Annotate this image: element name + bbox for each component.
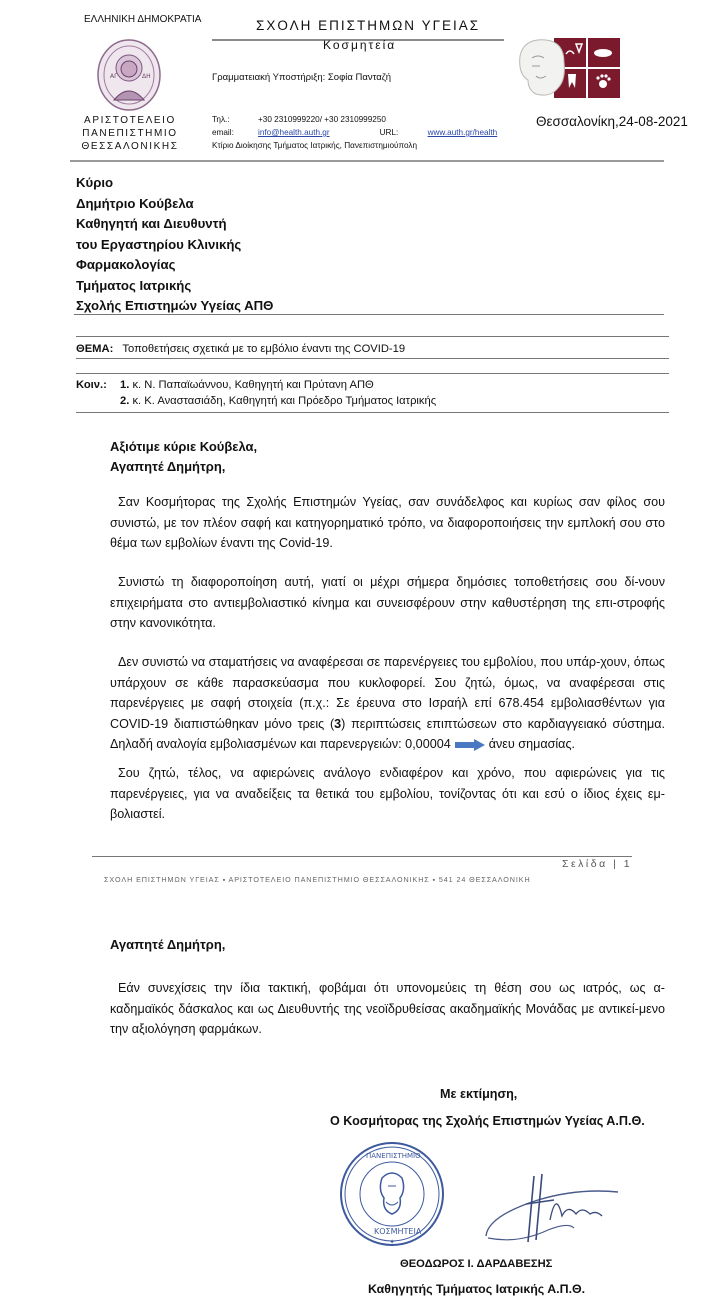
address: Κτίριο Διοίκησης Τμήματος Ιατρικής, Πανε… [212,139,417,152]
sign-off: Με εκτίμηση, [440,1087,517,1101]
subject-text: Τοποθετήσεις σχετικά με το εμβόλιο έναντ… [122,343,405,355]
university-crest-icon: ΑΓ ΔΗ [96,38,162,112]
handwritten-signature-icon [478,1170,628,1250]
header-deanery: Κοσμητεία [323,38,396,52]
subject-label: ΘΕΜΑ: [76,343,113,355]
subject-line: ΘΕΜΑ: Τοποθετήσεις σχετικά με το εμβόλιο… [76,343,405,355]
university-line-3: ΘΕΣΣΑΛΟΝΙΚΗΣ [75,140,185,153]
subject-top-rule [76,336,669,337]
header-contact: Τηλ.: +30 2310999220/ +30 2310999250 ema… [212,113,497,152]
cc-item-number: 2. [120,395,129,407]
recipient-line: Φαρμακολογίας [76,255,273,276]
url-link[interactable]: www.auth.gr/health [428,126,498,139]
cc-block: Κοιν.: 1. κ. Ν. Παπαϊωάννου, Καθηγητή κα… [76,377,436,409]
salutation: Αξιότιμε κύριε Κούβελα, Αγαπητέ Δημήτρη, [110,437,257,477]
page-number: Σελίδα | 1 [562,858,632,870]
recipient-line: Καθηγητή και Διευθυντή [76,214,273,235]
place-date: Θεσσαλονίκη,24-08-2021 [536,114,688,129]
body-paragraph-5: Εάν συνεχίσεις την ίδια τακτική, φοβάμαι… [110,978,665,1040]
recipient-divider [74,314,664,315]
salutation-line: Αξιότιμε κύριε Κούβελα, [110,437,257,457]
recipient-line: του Εργαστηρίου Κλινικής [76,235,273,256]
signer-title: Καθηγητής Τμήματος Ιατρικής Α.Π.Θ. [368,1282,585,1296]
recipient-block: Κύριο Δημήτριο Κούβελα Καθηγητή και Διευ… [76,173,273,317]
svg-text:ΚΟΣΜΗΤΕΙΑ: ΚΟΣΜΗΤΕΙΑ [374,1227,422,1236]
header-bottom-divider [70,160,664,162]
dean-role: Ο Κοσμήτορας της Σχολής Επιστημών Υγείας… [330,1114,645,1128]
body-paragraph-2: Συνιστώ τη διαφοροποίηση αυτή, γιατί οι … [110,572,665,634]
body-paragraph-1: Σαν Κοσμήτορας της Σχολής Επιστημών Υγεί… [110,492,665,554]
cc-top-rule [76,373,669,374]
salutation-line: Αγαπητέ Δημήτρη, [110,457,257,477]
deanery-stamp-icon: ΚΟΣΜΗΤΕΙΑ ΠΑΝΕΠΙΣΤΗΜΙΟ ✦ [338,1140,446,1248]
paragraph-text: Σαν Κοσμήτορας της Σχολής Επιστημών Υγεί… [110,495,665,550]
paragraph-text: Σου ζητώ, τέλος, να αφιερώνεις ανάλογο ε… [110,766,665,821]
university-line-1: ΑΡΙΣΤΟΤΕΛΕΙΟ [75,114,185,127]
page2-salutation: Αγαπητέ Δημήτρη, [110,935,225,955]
body-paragraph-3: Δεν συνιστώ να σταματήσεις να αναφέρεσαι… [110,652,665,755]
paragraph-text: Συνιστώ τη διαφοροποίηση αυτή, γιατί οι … [110,575,665,630]
header-state-label: ΕΛΛΗΝΙΚΗ ΔΗΜΟΚΡΑΤΙΑ [84,14,201,25]
page-footer-rule [92,856,632,857]
email-link[interactable]: info@health.auth.gr [258,126,330,139]
signer-name: ΘΕΟΔΩΡΟΣ Ι. ΔΑΡΔΑΒΕΣΗΣ [400,1258,552,1270]
cc-item: κ. Ν. Παπαϊωάννου, Καθηγητή και Πρύτανη … [132,379,373,391]
svg-text:✦: ✦ [389,1238,395,1246]
paragraph-text: άνευ σημασίας. [489,737,575,751]
tel-label: Τηλ.: [212,113,258,126]
recipient-line: Δημήτριο Κούβελα [76,194,273,215]
tel-value: +30 2310999220/ +30 2310999250 [258,113,386,126]
header-university-name: ΑΡΙΣΤΟΤΕΛΕΙΟ ΠΑΝΕΠΙΣΤΗΜΙΟ ΘΕΣΣΑΛΟΝΙΚΗΣ [75,114,185,153]
svg-text:ΠΑΝΕΠΙΣΤΗΜΙΟ: ΠΑΝΕΠΙΣΤΗΜΙΟ [366,1152,421,1160]
paragraph-text: Εάν συνεχίσεις την ίδια τακτική, φοβάμαι… [110,981,665,1036]
subject-bottom-rule [76,358,669,359]
faculty-of-health-sciences-logo [514,36,624,100]
svg-text:ΔΗ: ΔΗ [142,73,151,80]
body-paragraph-4: Σου ζητώ, τέλος, να αφιερώνεις ανάλογο ε… [110,763,665,825]
url-label: URL: [380,126,428,139]
header-secretary: Γραμματειακή Υποστήριξη: Σοφία Πανταζή [212,72,391,83]
cc-label: Κοιν.: [76,377,120,393]
header-school-name: ΣΧΟΛΗ ΕΠΙΣΤΗΜΩΝ ΥΓΕΙΑΣ [256,18,480,33]
university-line-2: ΠΑΝΕΠΙΣΤΗΜΙΟ [75,127,185,140]
right-arrow-icon [454,739,486,751]
svg-text:ΑΓ: ΑΓ [110,73,118,80]
page-footer-address: ΣΧΟΛΗ ΕΠΙΣΤΗΜΩΝ ΥΓΕΙΑΣ ▪ ΑΡΙΣΤΟΤΕΛΕΙΟ ΠΑ… [104,875,531,884]
cc-bottom-rule [76,412,669,413]
recipient-line: Κύριο [76,173,273,194]
recipient-line: Τμήματος Ιατρικής [76,276,273,297]
email-label: email: [212,126,258,139]
cc-item: κ. Κ. Αναστασιάδη, Καθηγητή και Πρόεδρο … [132,395,436,407]
cc-item-number: 1. [120,379,129,391]
